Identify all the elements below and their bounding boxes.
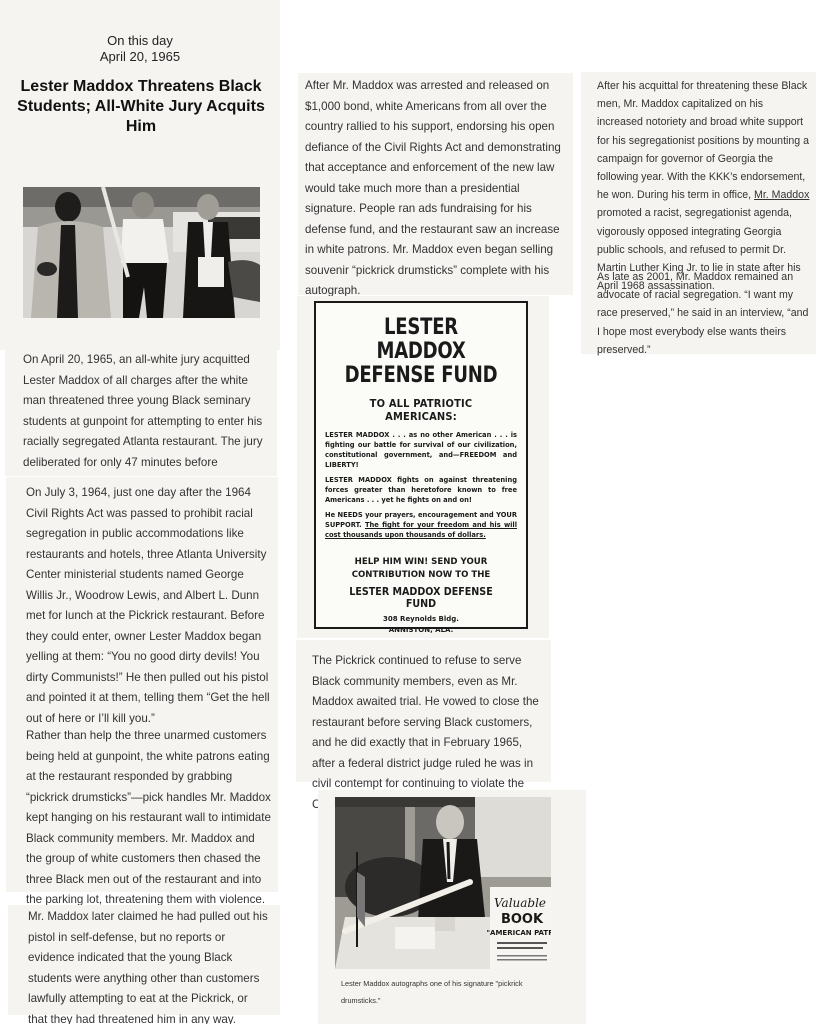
photo-illustration-2: Valuable BOOK "AMERICAN PATR: [335, 797, 551, 969]
photo-maddox-autograph: Valuable BOOK "AMERICAN PATR: [335, 797, 551, 969]
photo-maddox-parking-lot: [23, 187, 260, 318]
paragraph-panel-incident: On July 3, 1964, just one day after the …: [6, 477, 278, 892]
defense-fund-newspaper-ad: LESTER MADDOX DEFENSE FUND TO ALL PATRIO…: [314, 301, 528, 629]
ad-body-3: He NEEDS your prayers, encouragement and…: [325, 510, 517, 540]
paragraph-incident: On July 3, 1964, just one day after the …: [26, 483, 271, 729]
paragraph-panel-acquittal: On April 20, 1965, an all-white jury acq…: [5, 340, 277, 476]
ad-body-1: LESTER MADDOX . . . as no other American…: [325, 430, 517, 470]
ad-title-line2: DEFENSE FUND: [342, 364, 499, 388]
ad-title-line1: LESTER MADDOX: [342, 316, 499, 364]
ad-address-line2: ANNISTON, ALA.: [325, 625, 517, 636]
ad-address-line1: 308 Reynolds Bldg.: [325, 614, 517, 625]
paragraph-panel-self-defense: Mr. Maddox later claimed he had pulled o…: [8, 905, 280, 1015]
ad-address: 308 Reynolds Bldg. ANNISTON, ALA.: [325, 614, 517, 636]
photo-sign-line3: "AMERICAN PATR: [486, 929, 551, 937]
ad-body-2: LESTER MADDOX fights on against threaten…: [325, 475, 517, 505]
photo-panel-2: Valuable BOOK "AMERICAN PATR Lester Madd…: [318, 790, 586, 1024]
ad-subtitle: TO ALL PATRIOTIC AMERICANS:: [335, 397, 508, 423]
ad-call-line2: CONTRIBUTION NOW TO THE: [325, 569, 517, 582]
paragraph-support: After Mr. Maddox was arrested and releas…: [305, 76, 567, 302]
ad-call-line1: HELP HIM WIN! SEND YOUR: [325, 556, 517, 569]
ad-title: LESTER MADDOX DEFENSE FUND: [342, 316, 499, 388]
paragraph-2001-quote: As late as 2001, Mr. Maddox remained an …: [597, 268, 810, 359]
paragraph-patrons: Rather than help the three unarmed custo…: [26, 726, 271, 911]
page-title: Lester Maddox Threatens Black Students; …: [10, 77, 272, 137]
photo-panel-1: [0, 175, 280, 350]
paragraph-panel-support: After Mr. Maddox was arrested and releas…: [298, 73, 573, 295]
kicker-label: On this day: [0, 33, 280, 49]
photo-illustration: [23, 187, 260, 318]
date-kicker: On this day April 20, 1965: [0, 33, 280, 65]
ad-call-to-action: HELP HIM WIN! SEND YOUR CONTRIBUTION NOW…: [325, 556, 517, 582]
photo-sign-line1: Valuable: [494, 896, 546, 910]
ad-fund-name: LESTER MADDOX DEFENSE FUND: [333, 586, 510, 610]
paragraph-self-defense: Mr. Maddox later claimed he had pulled o…: [28, 907, 268, 1024]
paragraph-panel-closure: The Pickrick continued to refuse to serv…: [296, 640, 551, 782]
paragraph-governor-part1: After his acquittal for threatening thes…: [597, 80, 809, 201]
photo-caption: Lester Maddox autographs one of his sign…: [341, 975, 556, 1009]
paragraph-panel-governor: After his acquittal for threatening thes…: [581, 72, 816, 354]
ad-panel: LESTER MADDOX DEFENSE FUND TO ALL PATRIO…: [297, 296, 549, 638]
paragraph-acquittal: On April 20, 1965, an all-white jury acq…: [23, 350, 263, 494]
header-panel: On this day April 20, 1965 Lester Maddox…: [0, 0, 280, 175]
kicker-date: April 20, 1965: [0, 49, 280, 65]
photo-sign-line2: BOOK: [501, 912, 544, 927]
paragraph-governor: After his acquittal for threatening thes…: [597, 77, 810, 295]
maddox-link[interactable]: Mr. Maddox: [754, 189, 809, 201]
